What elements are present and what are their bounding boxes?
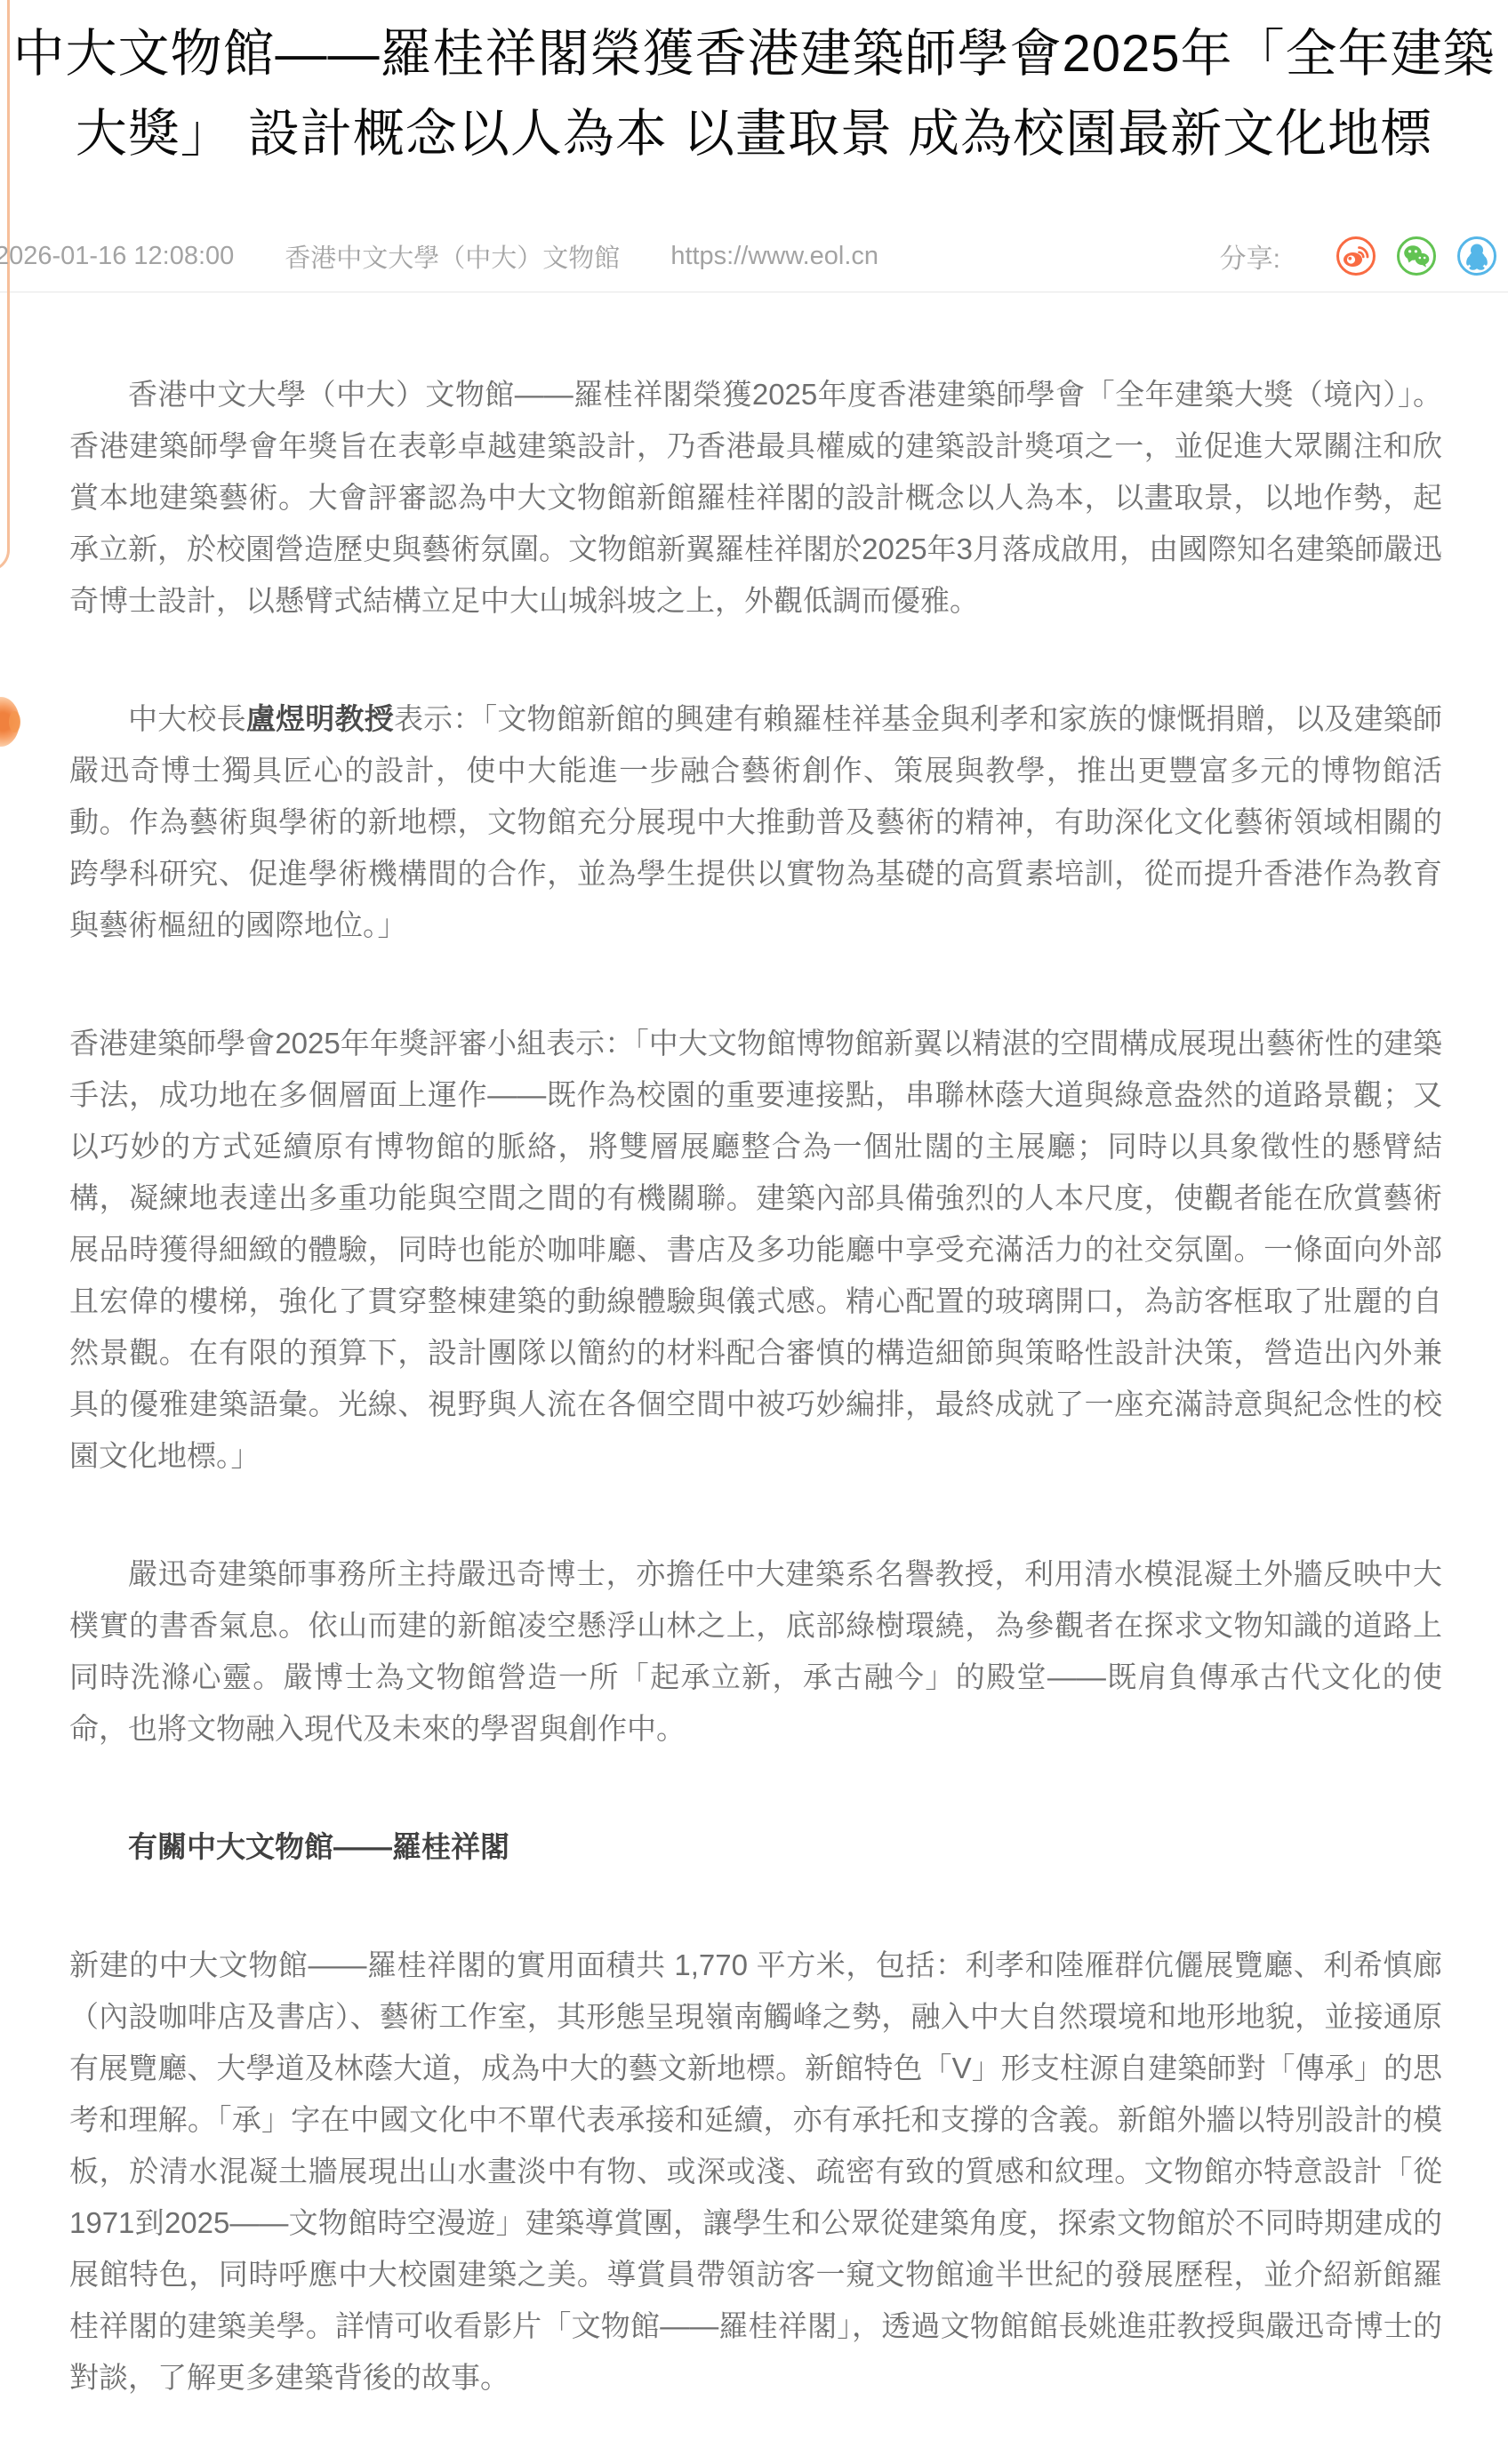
source-url[interactable]: https://www.eol.cn bbox=[670, 242, 878, 271]
article-title: 中大文物館——羅桂祥閣榮獲香港建築師學會2025年「全年建築大獎」 設計概念以人… bbox=[0, 0, 1508, 174]
paragraph-lead: 香港中文大學（中大）文物館——羅桂祥閣榮獲2025年度香港建築師學會「全年建築大… bbox=[69, 369, 1442, 627]
meta-left-group: 2026-01-16 12:08:00 香港中文大學（中大）文物館 https:… bbox=[0, 231, 878, 281]
quote-prefix: 中大校長 bbox=[128, 702, 246, 735]
paragraph-architect: 嚴迅奇建築師事務所主持嚴迅奇博士，亦擔任中大建築系名譽教授，利用清水模混凝土外牆… bbox=[69, 1548, 1442, 1755]
share-label: 分享: bbox=[1220, 236, 1280, 276]
page-root: 中大文物館——羅桂祥閣榮獲香港建築師學會2025年「全年建築大獎」 設計概念以人… bbox=[0, 0, 1508, 2464]
weibo-share-button[interactable] bbox=[1336, 236, 1376, 276]
person-name-bold: 盧煜明教授 bbox=[246, 702, 394, 735]
weibo-icon bbox=[1336, 236, 1376, 276]
qq-share-button[interactable] bbox=[1456, 236, 1497, 276]
paragraph-jury-quote: 香港建築師學會2025年年獎評審小組表示：「中大文物館博物館新翼以精湛的空間構成… bbox=[69, 1018, 1442, 1482]
share-group: 分享: bbox=[1220, 231, 1497, 281]
article-body: 香港中文大學（中大）文物館——羅桂祥閣榮獲2025年度香港建築師學會「全年建築大… bbox=[0, 292, 1508, 2404]
wechat-icon bbox=[1396, 236, 1437, 276]
article-meta-bar: 2026-01-16 12:08:00 香港中文大學（中大）文物館 https:… bbox=[0, 231, 1508, 281]
paragraph-about-building: 新建的中大文物館——羅桂祥閣的實用面積共 1,770 平方米，包括：利孝和陸雁群… bbox=[69, 1940, 1442, 2404]
wechat-share-button[interactable] bbox=[1396, 236, 1437, 276]
source-name: 香港中文大學（中大）文物館 bbox=[285, 238, 620, 275]
paragraph-vc-quote: 中大校長盧煜明教授表示：「文物館新館的興建有賴羅桂祥基金與利孝和家族的慷慨捐贈，… bbox=[69, 693, 1442, 951]
publish-datetime: 2026-01-16 12:08:00 bbox=[0, 242, 234, 271]
floating-widget-icon-detail bbox=[9, 711, 20, 732]
quote-body: 表示：「文物館新館的興建有賴羅桂祥基金與利孝和家族的慷慨捐贈，以及建築師嚴迅奇博… bbox=[69, 702, 1442, 941]
qq-icon bbox=[1456, 236, 1497, 276]
section-heading: 有關中大文物館——羅桂祥閣 bbox=[69, 1821, 1442, 1873]
